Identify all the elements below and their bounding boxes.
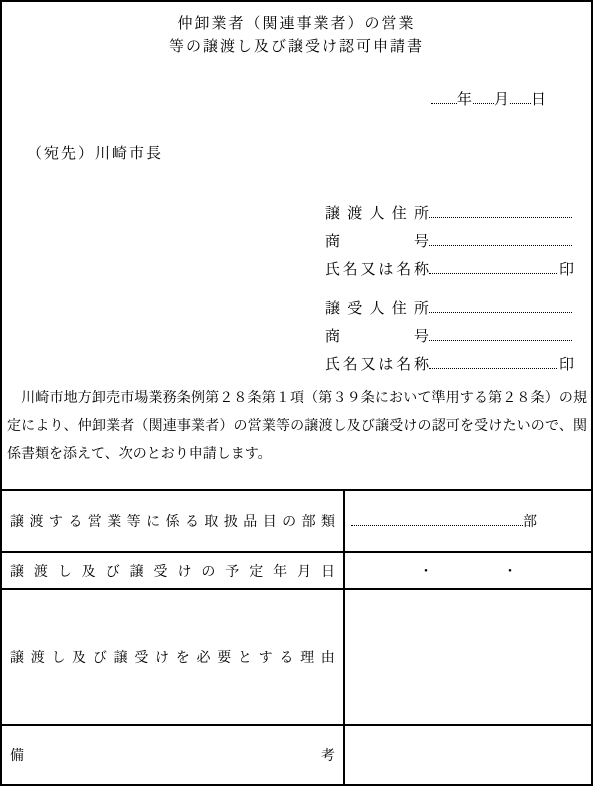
transferee-block: 譲受人住所 商号 氏名又は名称印	[325, 295, 585, 379]
date-year-label: 年	[457, 91, 473, 108]
table-row1-label: 譲渡する営業等に係る取扱品目の部類	[10, 511, 335, 531]
transferee-trade-name-label: 商号	[325, 323, 429, 351]
transferor-block: 譲渡人住所 商号 氏名又は名称印	[325, 200, 585, 284]
table-row4-label: 備考	[10, 745, 335, 765]
transferor-name-field[interactable]	[429, 273, 557, 274]
form-title: 仲卸業者（関連事業者）の営業 等の譲渡し及び譲受け認可申請書	[0, 12, 593, 58]
transferor-address-line: 譲渡人住所	[325, 200, 585, 228]
transferor-seal-label: 印	[557, 261, 574, 278]
table-row2-label-cell: 譲渡し及び譲受けの予定年月日	[2, 553, 345, 590]
transferor-trade-name-field[interactable]	[429, 245, 572, 246]
table-row2-value-cell[interactable]: ・ ・	[345, 553, 591, 590]
form-title-line1: 仲卸業者（関連事業者）の営業	[0, 12, 593, 35]
date-line: 年月日	[431, 88, 547, 109]
table-row1-value-cell: 部	[345, 491, 591, 553]
addressee: （宛先）川崎市長	[27, 142, 163, 163]
transferee-address-field[interactable]	[429, 312, 572, 313]
application-table: 譲渡する営業等に係る取扱品目の部類 部 譲渡し及び譲受けの予定年月日 ・ ・ 譲…	[0, 489, 593, 786]
transferor-address-field[interactable]	[429, 217, 572, 218]
date-month-label: 月	[494, 91, 510, 108]
date-day-label: 日	[531, 91, 547, 108]
transferor-trade-name-label: 商号	[325, 228, 429, 256]
application-form-page: 仲卸業者（関連事業者）の営業 等の譲渡し及び譲受け認可申請書 年月日 （宛先）川…	[0, 0, 593, 786]
transferee-address-label: 譲受人住所	[325, 295, 429, 323]
transferee-name-label: 氏名又は名称	[325, 351, 429, 379]
transferee-name-field[interactable]	[429, 368, 557, 369]
transferor-trade-name-line: 商号	[325, 228, 585, 256]
transferee-trade-name-line: 商号	[325, 323, 585, 351]
transferor-name-label: 氏名又は名称	[325, 256, 429, 284]
table-row1-value-field[interactable]	[351, 525, 523, 526]
body-paragraph: 川崎市地方卸売市場業務条例第２８条第１項（第３９条において準用する第２８条）の規…	[7, 383, 587, 467]
table-row3-label-cell: 譲渡し及び譲受けを必要とする理由	[2, 590, 345, 726]
date-year-field[interactable]	[431, 103, 457, 104]
table-row3-label: 譲渡し及び譲受けを必要とする理由	[10, 647, 335, 667]
table-row3-value-cell[interactable]	[345, 590, 591, 726]
date-month-field[interactable]	[473, 103, 494, 104]
transferee-address-line: 譲受人住所	[325, 295, 585, 323]
table-row4-value-cell[interactable]	[345, 726, 591, 784]
table-row4-label-cell: 備考	[2, 726, 345, 784]
transferor-name-line: 氏名又は名称印	[325, 256, 585, 284]
transferee-seal-label: 印	[557, 356, 574, 373]
date-day-field[interactable]	[510, 103, 531, 104]
form-title-line2: 等の譲渡し及び譲受け認可申請書	[0, 35, 593, 58]
transferor-address-label: 譲渡人住所	[325, 200, 429, 228]
transferee-trade-name-field[interactable]	[429, 340, 572, 341]
table-row2-value: ・ ・	[419, 561, 517, 581]
transferee-name-line: 氏名又は名称印	[325, 351, 585, 379]
table-row1-label-cell: 譲渡する営業等に係る取扱品目の部類	[2, 491, 345, 553]
table-row2-label: 譲渡し及び譲受けの予定年月日	[10, 561, 335, 581]
table-row1-unit-label: 部	[523, 513, 537, 529]
